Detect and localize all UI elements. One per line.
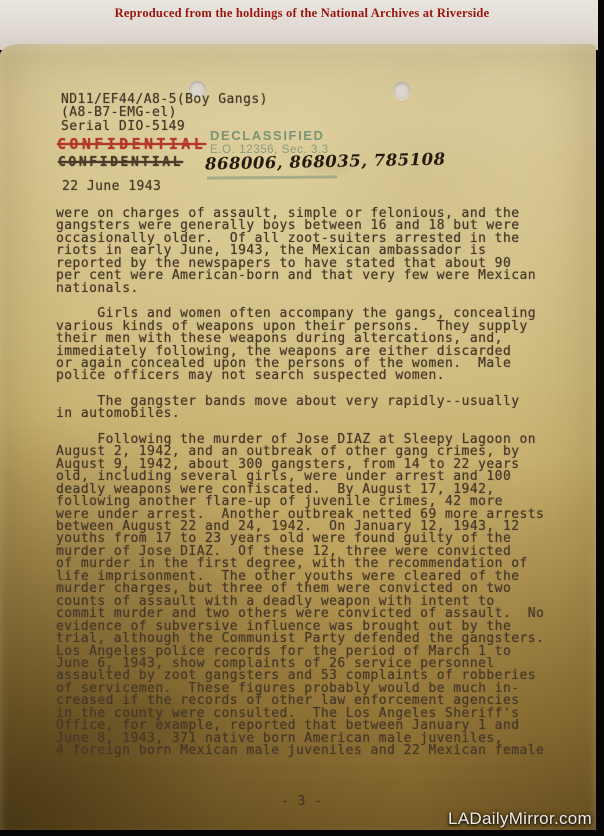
file-ref-line-2: (A8-B7-EMG-el) [61, 106, 268, 119]
punch-hole-right [393, 82, 410, 99]
confidential-typed-struck: CONFIDENTIAL [58, 155, 183, 170]
paragraph: The gangster bands move about very rapid… [56, 396, 561, 421]
paragraph: Following the murder of Jose DIAZ at Sle… [56, 434, 561, 758]
archive-provenance-note: Reproduced from the holdings of the Nati… [0, 6, 604, 21]
confidential-stamp-struck: CONFIDENTIAL [57, 135, 206, 153]
declassified-stamp-title: DECLASSIFIED [210, 128, 329, 143]
document-date: 22 June 1943 [62, 179, 161, 194]
page-number: - 3 - [281, 794, 322, 809]
watermark: LADailyMirror.com [448, 809, 592, 829]
paragraph: Girls and women often accompany the gang… [56, 308, 561, 383]
document-body: were on charges of assault, simple or fe… [56, 208, 561, 771]
paragraph: were on charges of assault, simple or fe… [56, 208, 561, 295]
scanned-document-photo: Reproduced from the holdings of the Nati… [0, 0, 604, 836]
